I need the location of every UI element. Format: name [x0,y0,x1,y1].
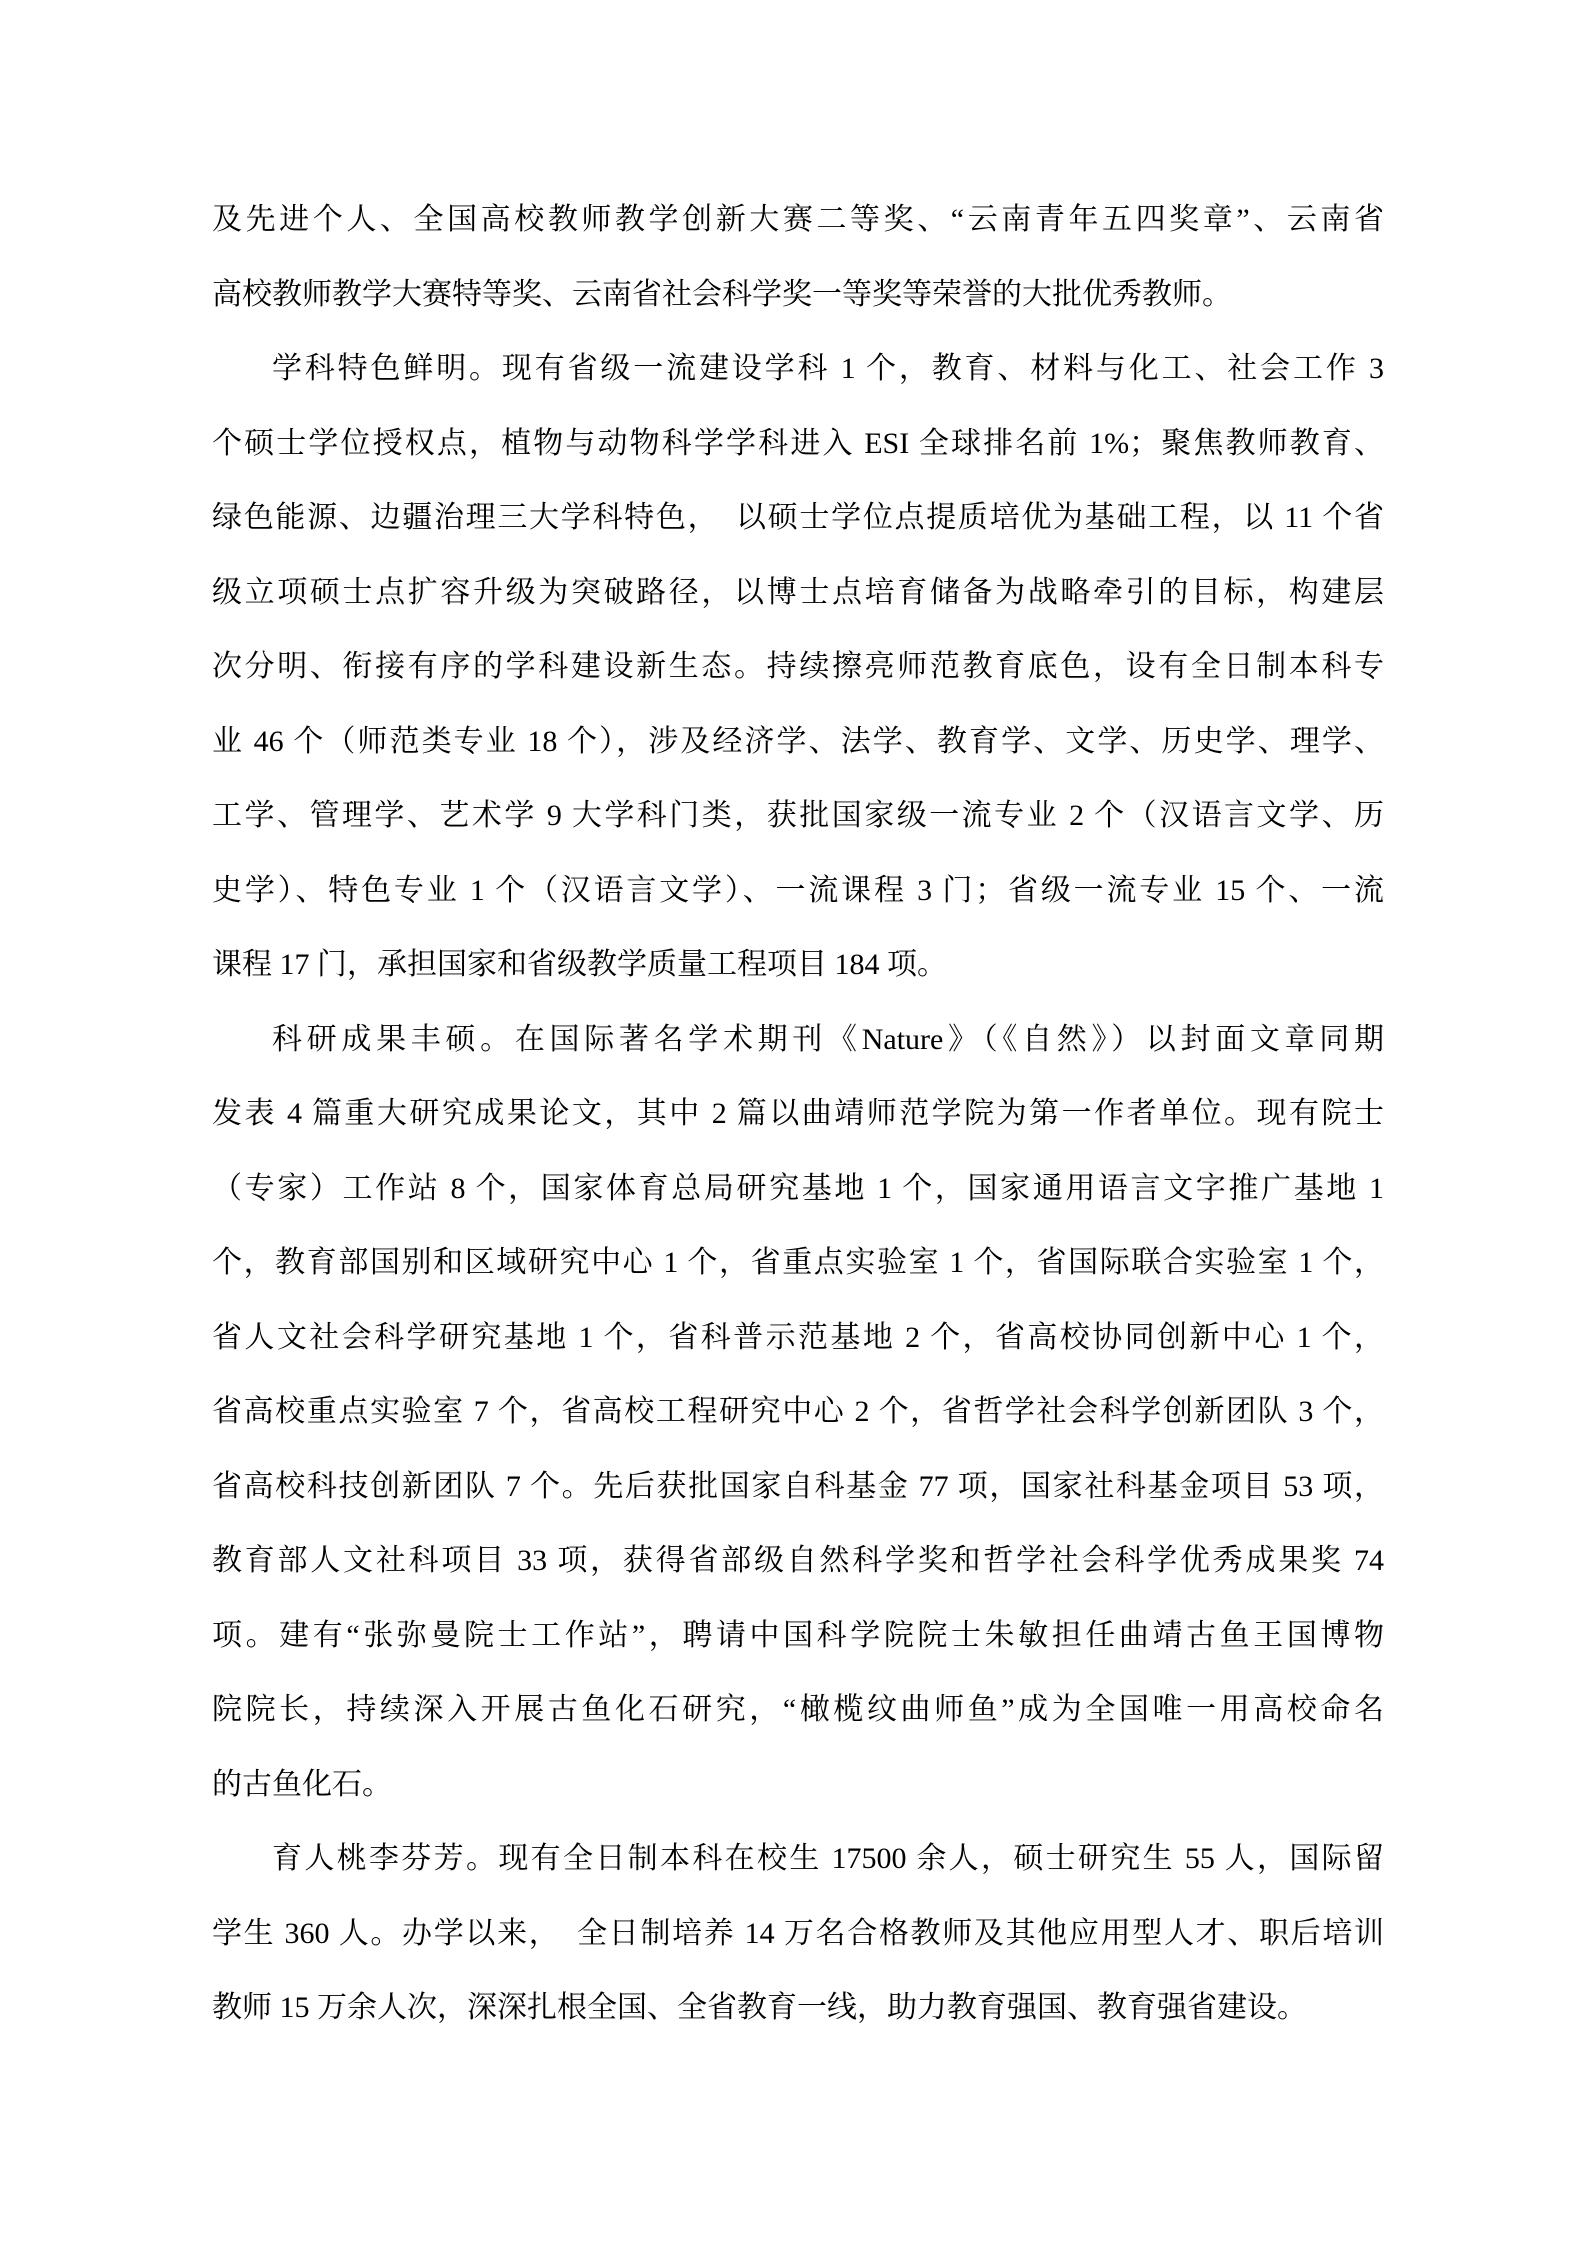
text-line: 学科特色鲜明。现有省级一流建设学科 1 个，教育、材料与化工、社会工作 3 [212,332,1384,407]
text-line: 史学）、特色专业 1 个（汉语言文学）、一流课程 3 门；省级一流专业 15 个… [212,854,1384,929]
paragraph: 育人桃李芬芳。现有全日制本科在校生 17500 余人，硕士研究生 55 人，国际… [212,1822,1384,2046]
text-line: 及先进个人、全国高校教师教学创新大赛二等奖、“云南青年五四奖章”、云南省 [212,183,1384,258]
paragraph: 及先进个人、全国高校教师教学创新大赛二等奖、“云南青年五四奖章”、云南省 高校教… [212,183,1384,332]
text-line: 院院长，持续深入开展古鱼化石研究，“橄榄纹曲师鱼”成为全国唯一用高校命名 [212,1673,1384,1748]
text-line: 育人桃李芬芳。现有全日制本科在校生 17500 余人，硕士研究生 55 人，国际… [212,1822,1384,1897]
text-line: 教师 15 万余人次，深深扎根全国、全省教育一线，助力教育强国、教育强省建设。 [212,1971,1384,2046]
text-line: 省人文社会科学研究基地 1 个，省科普示范基地 2 个，省高校协同创新中心 1 … [212,1301,1384,1376]
text-line: 省高校重点实验室 7 个，省高校工程研究中心 2 个，省哲学社会科学创新团队 3… [212,1375,1384,1450]
document-text-block: 及先进个人、全国高校教师教学创新大赛二等奖、“云南青年五四奖章”、云南省 高校教… [212,183,1384,2046]
text-line: 发表 4 篇重大研究成果论文，其中 2 篇以曲靖师范学院为第一作者单位。现有院士 [212,1077,1384,1152]
text-line: 级立项硕士点扩容升级为突破路径，以博士点培育储备为战略牵引的目标，构建层 [212,556,1384,631]
text-line: 高校教师教学大赛特等奖、云南省社会科学奖一等奖等荣誉的大批优秀教师。 [212,258,1384,333]
text-line: 课程 17 门，承担国家和省级教学质量工程项目 184 项。 [212,928,1384,1003]
text-line: 教育部人文社科项目 33 项，获得省部级自然科学奖和哲学社会科学优秀成果奖 74 [212,1524,1384,1599]
paragraph: 科研成果丰硕。在国际著名学术期刊《Nature》（《自然》）以封面文章同期 发表… [212,1003,1384,1823]
text-line: 项。建有“张弥曼院士工作站”，聘请中国科学院院士朱敏担任曲靖古鱼王国博物 [212,1599,1384,1674]
text-line: 省高校科技创新团队 7 个。先后获批国家自科基金 77 项，国家社科基金项目 5… [212,1450,1384,1525]
text-line: 业 46 个（师范类专业 18 个），涉及经济学、法学、教育学、文学、历史学、理… [212,705,1384,780]
paragraph: 学科特色鲜明。现有省级一流建设学科 1 个，教育、材料与化工、社会工作 3 个硕… [212,332,1384,1003]
text-line: 工学、管理学、艺术学 9 大学科门类，获批国家级一流专业 2 个（汉语言文学、历 [212,779,1384,854]
text-line: 学生 360 人。办学以来， 全日制培养 14 万名合格教师及其他应用型人才、职… [212,1897,1384,1972]
text-line: 次分明、衔接有序的学科建设新生态。持续擦亮师范教育底色，设有全日制本科专 [212,630,1384,705]
text-line: 的古鱼化石。 [212,1748,1384,1823]
text-line: 绿色能源、边疆治理三大学科特色， 以硕士学位点提质培优为基础工程，以 11 个省 [212,481,1384,556]
text-line: 个硕士学位授权点，植物与动物科学学科进入 ESI 全球排名前 1%；聚焦教师教育… [212,407,1384,482]
text-line: 科研成果丰硕。在国际著名学术期刊《Nature》（《自然》）以封面文章同期 [212,1003,1384,1078]
text-line: 个，教育部国别和区域研究中心 1 个，省重点实验室 1 个，省国际联合实验室 1… [212,1226,1384,1301]
document-page: 及先进个人、全国高校教师教学创新大赛二等奖、“云南青年五四奖章”、云南省 高校教… [0,0,1588,2244]
text-line: （专家）工作站 8 个，国家体育总局研究基地 1 个，国家通用语言文字推广基地 … [212,1152,1384,1227]
